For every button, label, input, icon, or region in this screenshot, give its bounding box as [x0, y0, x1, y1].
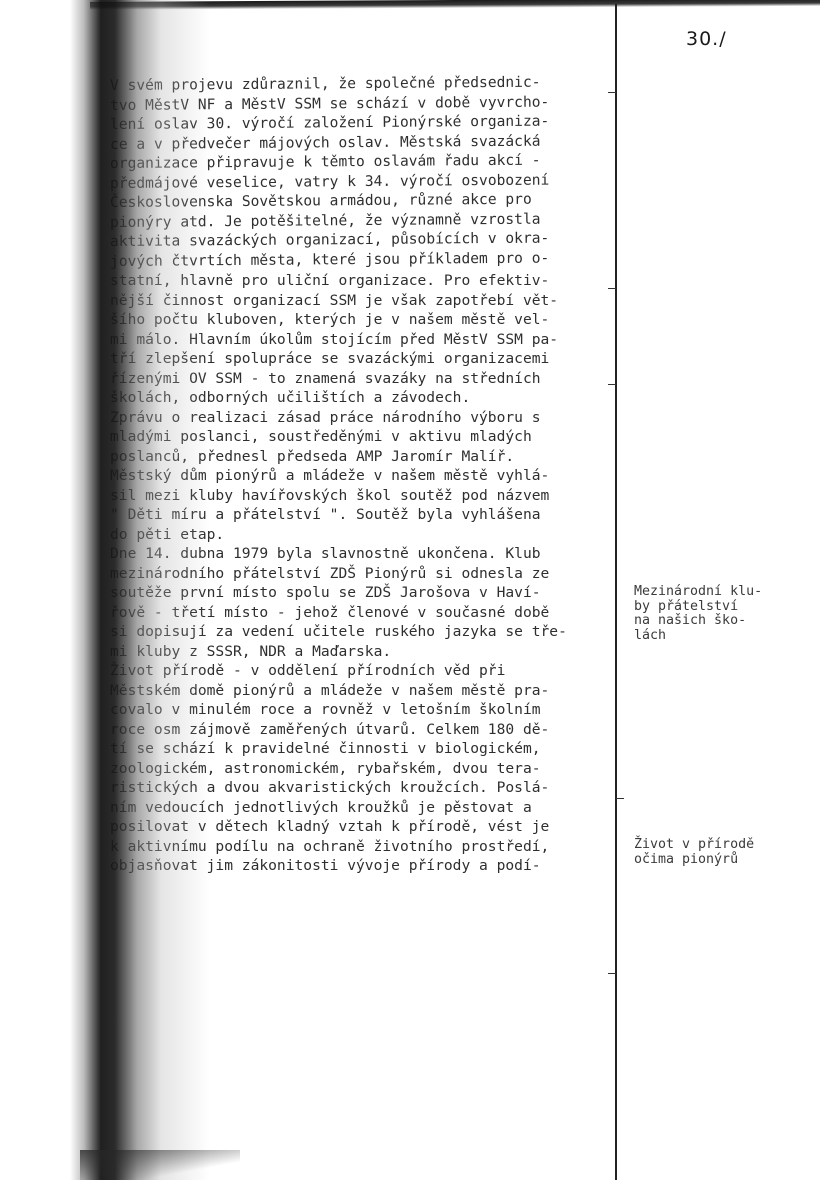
scan-bottom-edge [80, 1150, 240, 1180]
margin-tick [608, 973, 616, 974]
margin-tick [608, 92, 616, 93]
margin-note-line: Mezinárodní klu- [634, 585, 762, 600]
margin-rule [615, 4, 617, 1180]
margin-note-line: by přátelství [634, 600, 762, 615]
margin-note-line: na našich ško- [634, 614, 762, 629]
margin-note-line: lách [634, 629, 762, 644]
margin-note-line: Život v přírodě [634, 838, 754, 853]
margin-note-line: očima pionýrů [634, 853, 754, 868]
margin-tick [608, 288, 616, 289]
margin-note-nature-life: Život v příroděočima pionýrů [634, 838, 754, 867]
margin-note-international-clubs: Mezinárodní klu-by přátelstvína našich š… [634, 585, 762, 643]
margin-tick [616, 798, 624, 799]
margin-tick [608, 384, 616, 385]
page-number: 30./ [686, 28, 727, 50]
book-spine-shadow [70, 0, 210, 1180]
